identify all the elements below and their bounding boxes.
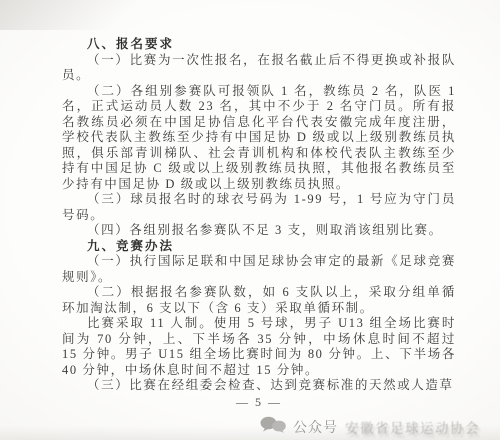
paragraph: （三）球员报名时的球衣号码为 1-99 号，1 号应为守门员号码。: [62, 192, 456, 223]
paragraph: （二）各组别参赛队可报领队 1 名，教练员 2 名，队医 1 名，正式运动员人数…: [62, 84, 456, 193]
scan-smudge-top-left: [0, 0, 170, 30]
document-content: 八、报名要求 （一）比赛为一次性报名，在报名截止后不得更换或补报队员。 （二）各…: [62, 37, 456, 394]
paragraph: （二）根据报名参赛队数，如 6 支队以上，采取分组单循环加淘汰制，6 支以下（含…: [62, 285, 456, 316]
watermark-account-name: 安徽省足球运动协会: [345, 417, 480, 437]
paragraph: （一）比赛为一次性报名，在报名截止后不得更换或补报队员。: [62, 53, 456, 84]
section-heading-registration: 八、报名要求: [62, 37, 456, 53]
watermark-label: 公众号: [293, 417, 338, 437]
paragraph: （四）各组别报名参赛队不足 3 支，则取消该组别比赛。: [62, 223, 456, 239]
document-page: 八、报名要求 （一）比赛为一次性报名，在报名截止后不得更换或补报队员。 （二）各…: [0, 0, 500, 440]
wechat-icon: [260, 416, 287, 438]
paragraph: （一）执行国际足联和中国足球协会审定的最新《足球竞赛规则》。: [62, 254, 456, 285]
paragraph: 比赛采取 11 人制。使用 5 号球，男子 U13 组全场比赛时间为 70 分钟…: [62, 316, 456, 378]
watermark: 公众号 安徽省足球运动协会: [260, 416, 480, 438]
section-heading-competition-rules: 九、竞赛办法: [62, 239, 456, 255]
paragraph: （三）比赛在经组委会检查、达到竞赛标准的天然或人造草: [62, 378, 456, 394]
page-number: — 5 —: [62, 395, 456, 410]
